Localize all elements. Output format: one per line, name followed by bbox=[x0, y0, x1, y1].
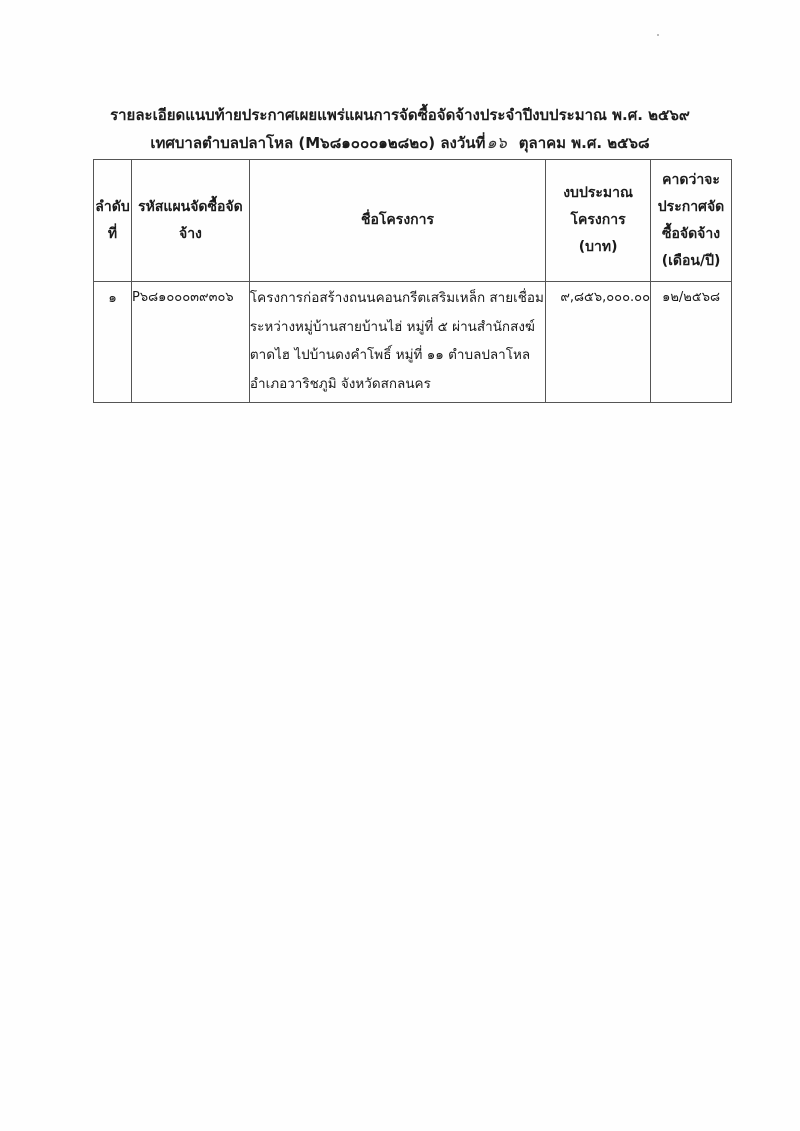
procurement-plan-table: ลำดับ ที่ รหัสแผนจัดซื้อจัด จ้าง ชื่อโคร… bbox=[93, 159, 732, 403]
cell-plan-code: P๖๘๑๐๐๐๓๙๓๐๖ bbox=[131, 282, 249, 403]
cell-expected-date: ๑๒/๒๕๖๘ bbox=[651, 282, 732, 403]
document-header: รายละเอียดแนบท้ายประกาศเผยแพร่แผนการจัดซ… bbox=[0, 101, 800, 157]
table-header-row: ลำดับ ที่ รหัสแผนจัดซื้อจัด จ้าง ชื่อโคร… bbox=[94, 160, 732, 282]
cell-budget: ๙,๘๕๖,๐๐๐.๐๐ bbox=[546, 282, 651, 403]
header-budget: งบประมาณ โครงการ (บาท) bbox=[546, 160, 651, 282]
cell-seq: ๑ bbox=[94, 282, 132, 403]
header-project-name: ชื่อโครงการ bbox=[249, 160, 545, 282]
subtitle-suffix: ตุลาคม พ.ศ. ๒๕๖๘ bbox=[519, 134, 650, 152]
document-subtitle: เทศบาลตำบลปลาโหล (M๖๘๑๐๐๐๑๒๘๒๐) ลงวันที่… bbox=[0, 129, 800, 157]
cell-project-name: โครงการก่อสร้างถนนคอนกรีตเสริมเหล็ก สายเ… bbox=[249, 282, 545, 403]
subtitle-prefix: เทศบาลตำบลปลาโหล (M๖๘๑๐๐๐๑๒๘๒๐) ลงวันที่ bbox=[150, 134, 485, 152]
table-row: ๑ P๖๘๑๐๐๐๓๙๓๐๖ โครงการก่อสร้างถนนคอนกรีต… bbox=[94, 282, 732, 403]
header-seq: ลำดับ ที่ bbox=[94, 160, 132, 282]
handwritten-day: ๑๖ bbox=[486, 133, 506, 152]
scan-speck bbox=[657, 34, 659, 36]
document-page: รายละเอียดแนบท้ายประกาศเผยแพร่แผนการจัดซ… bbox=[0, 0, 800, 1131]
document-title: รายละเอียดแนบท้ายประกาศเผยแพร่แผนการจัดซ… bbox=[0, 101, 800, 129]
header-expected-date: คาดว่าจะ ประกาศจัด ซื้อจัดจ้าง (เดือน/ปี… bbox=[651, 160, 732, 282]
header-plan-code: รหัสแผนจัดซื้อจัด จ้าง bbox=[131, 160, 249, 282]
